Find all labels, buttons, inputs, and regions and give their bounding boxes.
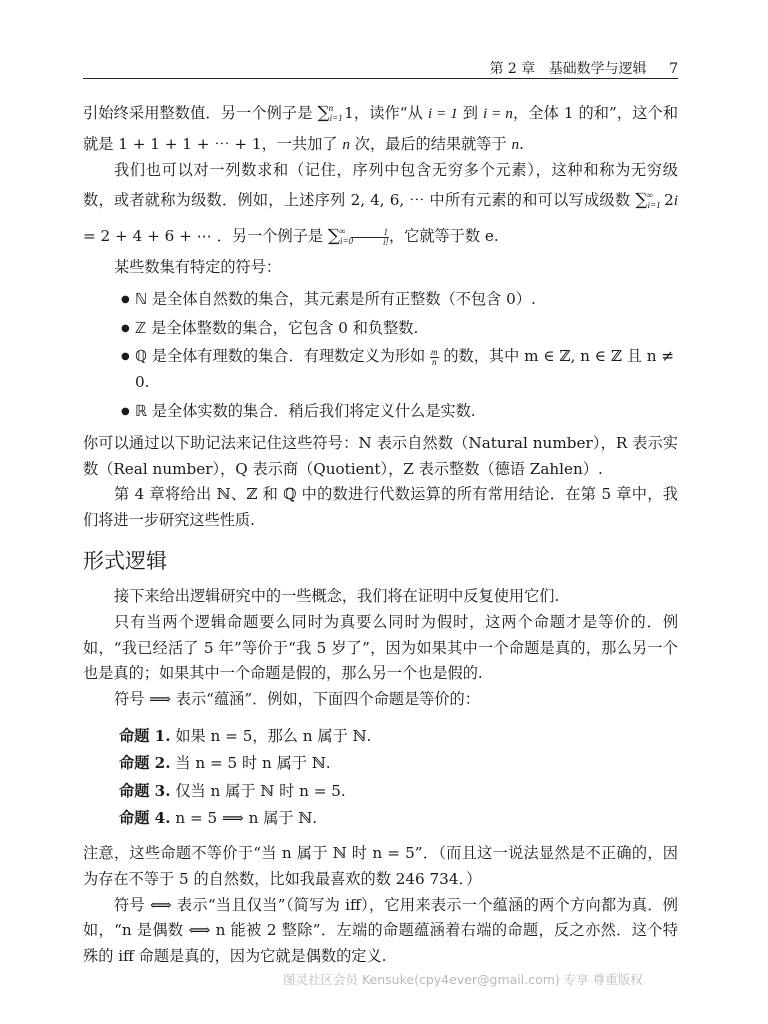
paragraph-note: 注意，这些命题不等价于“当 n 属于 ℕ 时 n = 5”．（而且这一说法显然是… xyxy=(83,841,678,893)
chapter-number: 第 2 章 xyxy=(489,61,535,77)
propositions-list: 命题 1. 如果 n = 5，那么 n 属于 ℕ. 命题 2. 当 n = 5 … xyxy=(119,723,678,833)
list-item-naturals: ●ℕ 是全体自然数的集合，其元素是所有正整数（不包含 0）. xyxy=(83,287,678,313)
paragraph-set-symbols-intro: 某些数集有特定的符号： xyxy=(83,255,678,281)
page-body: 引始终采用整数值．另一个例子是 ∑i=1n 1，读作“从 i = 1 到 i =… xyxy=(83,96,678,970)
running-head: 第 2 章 基础数学与逻辑 7 xyxy=(489,58,678,78)
list-item-integers: ●ℤ 是全体整数的集合，它包含 0 和负整数. xyxy=(83,316,678,342)
paragraph-mnemonic: 你可以通过以下助记法来记住这些符号：N 表示自然数（Natural number… xyxy=(83,431,678,483)
list-item-reals: ●ℝ 是全体实数的集合．稍后我们将定义什么是实数. xyxy=(83,399,678,425)
proposition-1: 命题 1. 如果 n = 5，那么 n 属于 ℕ. xyxy=(119,723,678,751)
section-heading: 形式逻辑 xyxy=(83,546,678,576)
paragraph-logic-intro: 接下来给出逻辑研究中的一些概念，我们将在证明中反复使用它们. xyxy=(83,584,678,610)
proposition-3: 命题 3. 仅当 n 属于 ℕ 时 n = 5. xyxy=(119,778,678,806)
bullet-icon: ● xyxy=(121,344,130,370)
chapter-title: 基础数学与逻辑 xyxy=(540,61,647,77)
fraction: mn xyxy=(430,348,439,367)
paragraph-infinite-series: 我们也可以对一列数求和（记住，序列中包含无穷多个元素），这种和称为无穷级数，或者… xyxy=(83,158,678,255)
bullet-icon: ● xyxy=(121,316,130,342)
proposition-4: 命题 4. n = 5 ⟹ n 属于 ℕ. xyxy=(119,805,678,833)
list-item-rationals: ●ℚ 是全体有理数的集合．有理数定义为形如 mn 的数，其中 m ∈ ℤ, n … xyxy=(83,344,678,396)
paragraph-implication: 符号 ⟹ 表示“蕴涵”．例如，下面四个命题是等价的： xyxy=(83,687,678,713)
copyright-watermark: 图灵社区会员 Kensuke(cpy4ever@gmail.com) 专享 尊重… xyxy=(283,970,643,988)
bullet-icon: ● xyxy=(121,399,130,425)
paragraph-iff: 符号 ⟺ 表示“当且仅当”（简写为 iff），它用来表示一个蕴涵的两个方向都为真… xyxy=(83,893,678,970)
proposition-2: 命题 2. 当 n = 5 时 n 属于 ℕ. xyxy=(119,750,678,778)
page-number: 7 xyxy=(669,61,678,77)
fraction: 1i! xyxy=(351,228,389,247)
bullet-icon: ● xyxy=(121,287,130,313)
header-rule xyxy=(83,78,678,79)
paragraph-series-intro: 引始终采用整数值．另一个例子是 ∑i=1n 1，读作“从 i = 1 到 i =… xyxy=(83,96,678,158)
number-sets-list: ●ℕ 是全体自然数的集合，其元素是所有正整数（不包含 0）. ●ℤ 是全体整数的… xyxy=(83,287,678,425)
paragraph-chapter-refs: 第 4 章将给出 ℕ、ℤ 和 ℚ 中的数进行代数运算的所有常用结论．在第 5 章… xyxy=(83,482,678,534)
paragraph-equivalence: 只有当两个逻辑命题要么同时为真要么同时为假时，这两个命题才是等价的．例如，“我已… xyxy=(83,610,678,687)
